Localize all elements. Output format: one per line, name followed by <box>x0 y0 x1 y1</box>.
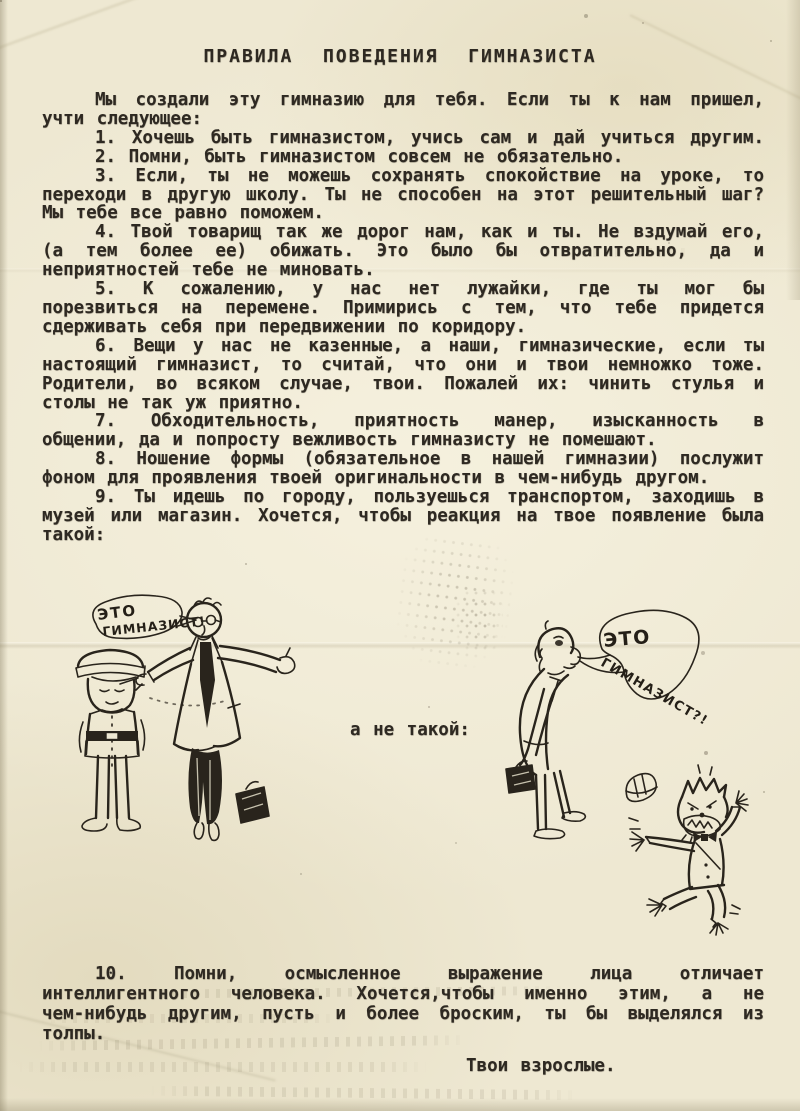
text-line: Мы создали эту гимназию для тебя. Если т… <box>42 91 764 110</box>
text-line: интеллигентного человека. Хочется,чтобы … <box>42 984 764 1004</box>
flying-hat-sketch <box>626 774 657 802</box>
ink-specks <box>0 0 2 2</box>
scanned-document-page: ПРАВИЛА ПОВЕДЕНИЯ ГИМНАЗИСТА Мы создали … <box>0 0 800 1111</box>
text-line: (а тем более ее) обижать. Это было бы от… <box>42 242 764 261</box>
bubble-right-text-2: ГИМНАЗИСТ?! <box>598 655 711 729</box>
text-line: толпы. <box>42 1024 764 1044</box>
schoolboy-figure <box>76 650 145 831</box>
text-line: переходи в другую школу. Ты не способен … <box>42 186 764 205</box>
text-line: неприятностей тебе не миновать. <box>42 261 764 280</box>
cartoon-bad-gymnasist-illustration: ЭТО ГИМНАЗИСТ?! <box>480 585 800 945</box>
text-line: общении, да и попросту вежливость гимназ… <box>42 431 764 450</box>
document-rule-10: 10. Помни, осмысленное выражение лица от… <box>42 964 764 1044</box>
text-line: Мы тебе все равно поможем. <box>42 204 764 223</box>
bottom-edge-shadow <box>0 1098 800 1111</box>
passerby-figure <box>506 621 585 839</box>
text-line: настоящий гимназист, то считай, что они … <box>42 356 764 375</box>
speech-bubble-left: ЭТО ГИМНАЗИСТ! <box>93 595 207 639</box>
text-line: музей или магазин. Хочется, чтобы реакци… <box>42 507 764 526</box>
ink-bleed-mark <box>150 1086 580 1101</box>
text-line: 4. Твой товарищ так же дорог нам, как и … <box>42 223 764 242</box>
text-line: порезвиться на перемене. Примирись с тем… <box>42 299 764 318</box>
text-line: учти следующее: <box>42 110 764 129</box>
text-line: 5. К сожалению, у нас нет лужайки, где т… <box>42 280 764 299</box>
text-line: 3. Если, ты не можешь сохранять спокойст… <box>42 167 764 186</box>
rowdy-figure <box>629 765 748 935</box>
text-line: 8. Ношение формы (обязательное в нашей г… <box>42 450 764 469</box>
text-line: такой: <box>42 526 764 545</box>
text-line: столы не так уж приятно. <box>42 394 764 413</box>
briefcase-sketch <box>236 782 269 823</box>
text-line: 1. Хочешь быть гимназистом, учись сам и … <box>42 129 764 148</box>
page-title: ПРАВИЛА ПОВЕДЕНИЯ ГИМНАЗИСТА <box>0 46 800 67</box>
left-edge-shadow <box>0 0 8 1111</box>
speech-bubble-right: ЭТО ГИМНАЗИСТ?! <box>578 610 711 729</box>
cartoon-good-gymnasist-illustration: ЭТО ГИМНАЗИСТ! <box>50 580 350 880</box>
text-line: 9. Ты идешь по городу, пользуешься транс… <box>42 488 764 507</box>
text-line: 10. Помни, осмысленное выражение лица от… <box>42 964 764 984</box>
signature-line: Твои взрослые. <box>466 1056 616 1076</box>
text-line: фоном для проявления твоей оригинальност… <box>42 469 764 488</box>
text-line: чем-нибудь другим, пусть и более броским… <box>42 1004 764 1024</box>
text-line: 7. Обходительность, приятность манер, из… <box>42 412 764 431</box>
bubble-right-text-1: ЭТО <box>603 626 652 652</box>
text-line: Родители, во всяком случае, твои. Пожале… <box>42 375 764 394</box>
right-edge-shadow <box>786 0 800 300</box>
text-line: 6. Вещи у нас не казенные, а наши, гимна… <box>42 337 764 356</box>
caption-a-ne-takoy: а не такой: <box>350 720 470 740</box>
document-body: Мы создали эту гимназию для тебя. Если т… <box>42 91 764 545</box>
text-line: сдерживать себя при передвижении по кори… <box>42 318 764 337</box>
text-line: 2. Помни, быть гимназистом совсем не обя… <box>42 148 764 167</box>
ink-bleed-mark <box>18 1062 428 1072</box>
